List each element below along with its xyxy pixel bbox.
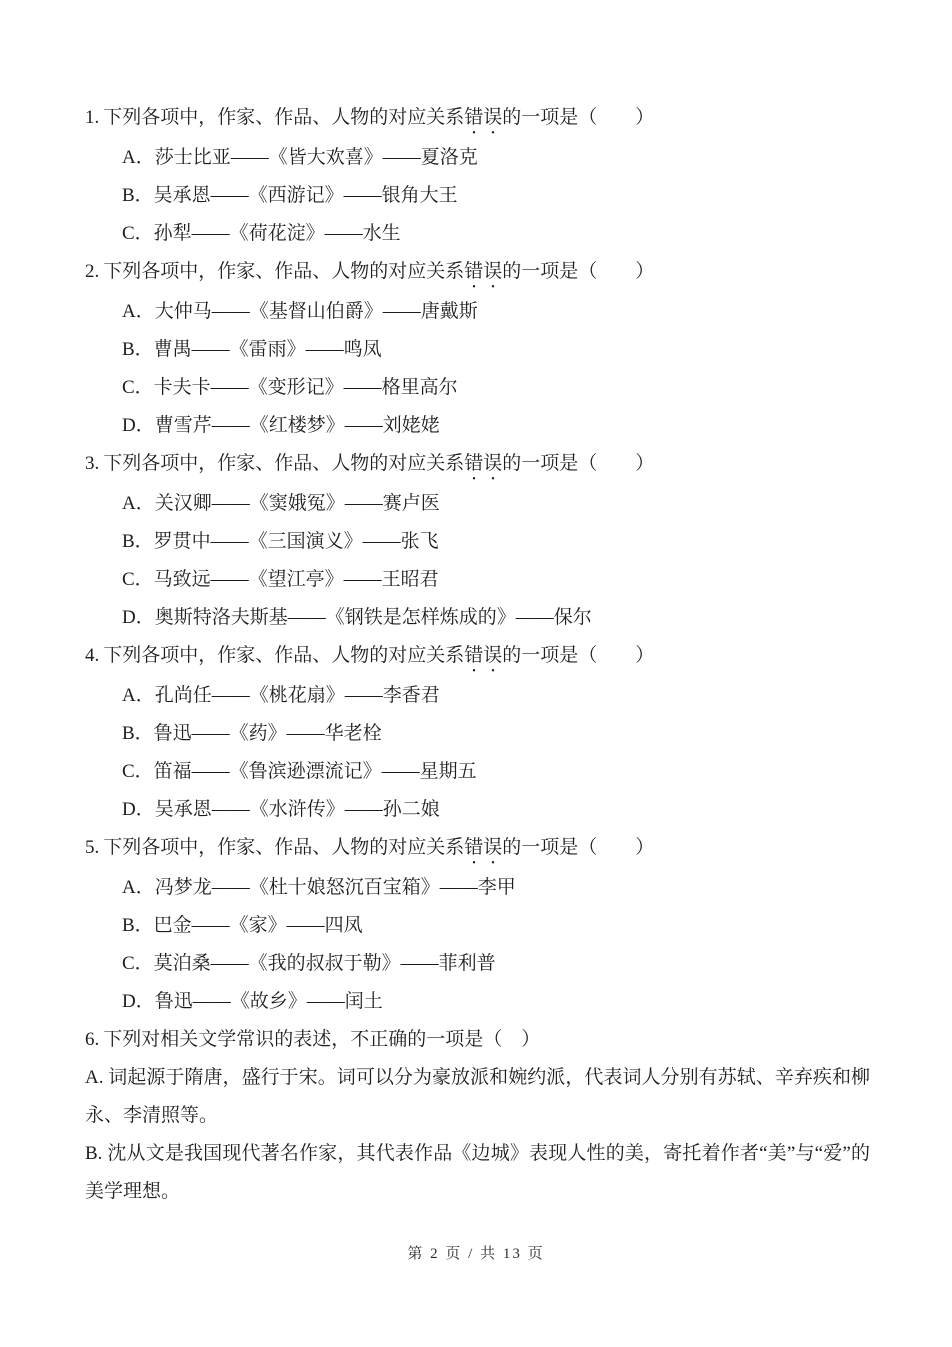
question-1-stem: 1.下列各项中，作家、作品、人物的对应关系错误的一项是（ ） (85, 99, 870, 139)
question-3-option-a: A．关汉卿——《窦娥冤》——赛卢医 (85, 485, 870, 523)
question-number: 1. (85, 107, 99, 128)
question-number: 2. (85, 261, 99, 282)
question-2-option-d: D．曹雪芹——《红楼梦》——刘姥姥 (85, 407, 870, 445)
stem-text: 下列对相关文学常识的表述，不正确的一项是（ ） (103, 1029, 540, 1050)
question-1: 1.下列各项中，作家、作品、人物的对应关系错误的一项是（ ） A．莎士比亚——《… (85, 99, 870, 253)
question-1-option-b: B．吴承恩——《西游记》——银角大王 (85, 177, 870, 215)
emphasized-word: 错误 (464, 837, 502, 858)
stem-text: 下列各项中，作家、作品、人物的对应关系 (103, 453, 464, 474)
question-3-stem: 3.下列各项中，作家、作品、人物的对应关系错误的一项是（ ） (85, 445, 870, 485)
stem-text: 的一项是（ ） (502, 645, 654, 666)
question-number: 3. (85, 453, 99, 474)
question-1-option-a: A．莎士比亚——《皆大欢喜》——夏洛克 (85, 139, 870, 177)
question-4: 4.下列各项中，作家、作品、人物的对应关系错误的一项是（ ） A．孔尚任——《桃… (85, 637, 870, 829)
question-5-option-d: D．鲁迅——《故乡》——闰土 (85, 983, 870, 1021)
question-3-option-c: C．马致远——《望江亭》——王昭君 (85, 561, 870, 599)
question-6-option-b: B. 沈从文是我国现代著名作家，其代表作品《边城》表现人性的美，寄托着作者“美”… (85, 1135, 870, 1211)
exam-page: 1.下列各项中，作家、作品、人物的对应关系错误的一项是（ ） A．莎士比亚——《… (0, 0, 952, 1211)
question-5-option-c: C．莫泊桑——《我的叔叔于勒》——菲利普 (85, 945, 870, 983)
question-4-stem: 4.下列各项中，作家、作品、人物的对应关系错误的一项是（ ） (85, 637, 870, 677)
question-2-option-b: B．曹禺——《雷雨》——鸣凤 (85, 331, 870, 369)
question-3: 3.下列各项中，作家、作品、人物的对应关系错误的一项是（ ） A．关汉卿——《窦… (85, 445, 870, 637)
question-number: 5. (85, 837, 99, 858)
question-5-stem: 5.下列各项中，作家、作品、人物的对应关系错误的一项是（ ） (85, 829, 870, 869)
question-number: 6. (85, 1029, 99, 1050)
question-4-option-b: B．鲁迅——《药》——华老栓 (85, 715, 870, 753)
stem-text: 下列各项中，作家、作品、人物的对应关系 (103, 107, 464, 128)
stem-text: 的一项是（ ） (502, 261, 654, 282)
emphasized-word: 错误 (464, 261, 502, 282)
stem-text: 下列各项中，作家、作品、人物的对应关系 (103, 645, 464, 666)
stem-text: 下列各项中，作家、作品、人物的对应关系 (103, 261, 464, 282)
emphasized-word: 错误 (464, 453, 502, 474)
question-2-stem: 2.下列各项中，作家、作品、人物的对应关系错误的一项是（ ） (85, 253, 870, 293)
question-6: 6.下列对相关文学常识的表述，不正确的一项是（ ） A. 词起源于隋唐，盛行于宋… (85, 1021, 870, 1211)
stem-text: 下列各项中，作家、作品、人物的对应关系 (103, 837, 464, 858)
question-3-option-b: B．罗贯中——《三国演义》——张飞 (85, 523, 870, 561)
stem-text: 的一项是（ ） (502, 107, 654, 128)
question-2-option-c: C．卡夫卡——《变形记》——格里高尔 (85, 369, 870, 407)
stem-text: 的一项是（ ） (502, 837, 654, 858)
question-5-option-b: B．巴金——《家》——四凤 (85, 907, 870, 945)
question-2: 2.下列各项中，作家、作品、人物的对应关系错误的一项是（ ） A．大仲马——《基… (85, 253, 870, 445)
question-number: 4. (85, 645, 99, 666)
emphasized-word: 错误 (464, 107, 502, 128)
question-1-option-c: C．孙犁——《荷花淀》——水生 (85, 215, 870, 253)
question-4-option-c: C．笛福——《鲁滨逊漂流记》——星期五 (85, 753, 870, 791)
question-2-option-a: A．大仲马——《基督山伯爵》——唐戴斯 (85, 293, 870, 331)
question-4-option-d: D．吴承恩——《水浒传》——孙二娘 (85, 791, 870, 829)
emphasized-word: 错误 (464, 645, 502, 666)
stem-text: 的一项是（ ） (502, 453, 654, 474)
question-5: 5.下列各项中，作家、作品、人物的对应关系错误的一项是（ ） A．冯梦龙——《杜… (85, 829, 870, 1021)
question-4-option-a: A．孔尚任——《桃花扇》——李香君 (85, 677, 870, 715)
page-footer: 第 2 页 / 共 13 页 (0, 1243, 952, 1265)
question-6-stem: 6.下列对相关文学常识的表述，不正确的一项是（ ） (85, 1021, 870, 1059)
question-6-option-a: A. 词起源于隋唐，盛行于宋。词可以分为豪放派和婉约派，代表词人分别有苏轼、辛弃… (85, 1059, 870, 1135)
question-3-option-d: D．奥斯特洛夫斯基——《钢铁是怎样炼成的》——保尔 (85, 599, 870, 637)
question-5-option-a: A．冯梦龙——《杜十娘怒沉百宝箱》——李甲 (85, 869, 870, 907)
